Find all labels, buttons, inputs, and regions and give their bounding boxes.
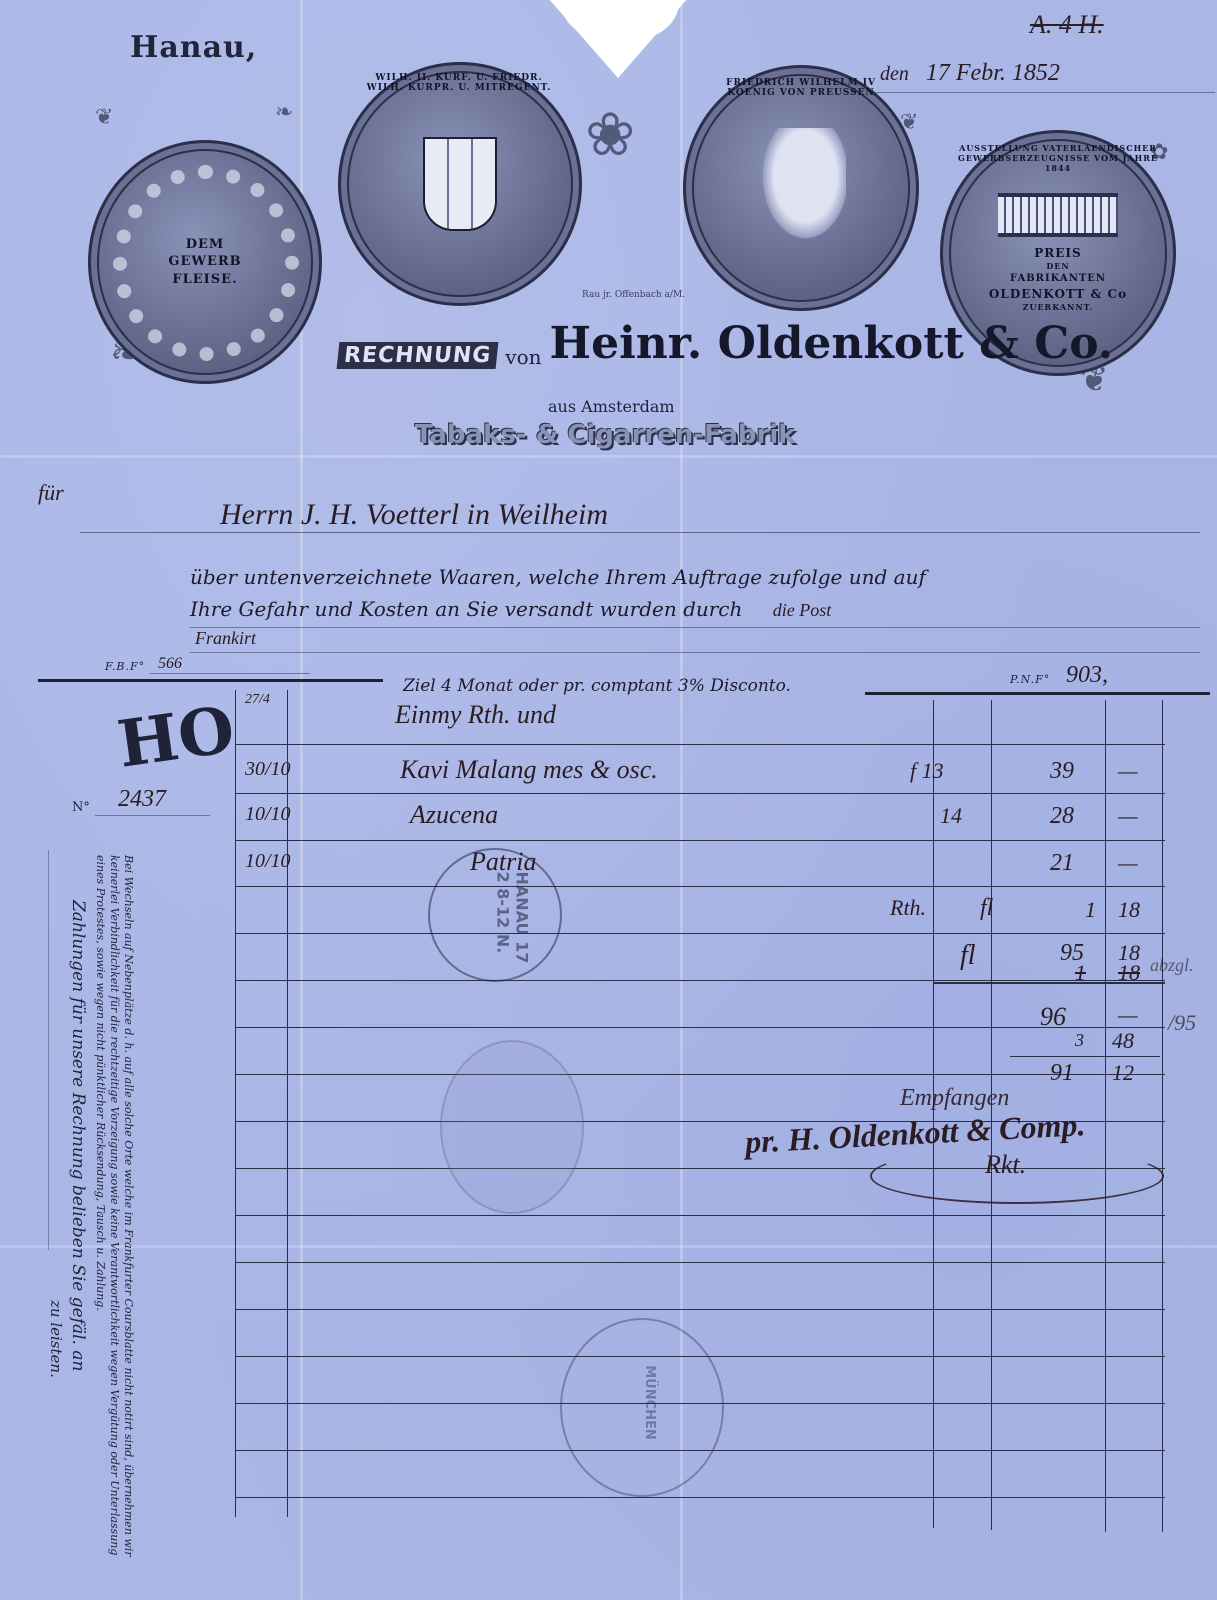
recipient-label: für [38, 480, 64, 506]
item-amount-fl: 1 [1075, 960, 1086, 986]
date-line: den 17 Febr. 1852 [880, 60, 1060, 87]
signature-flourish [870, 1148, 1164, 1204]
preamble-line-2: Ihre Gefahr und Kosten an Sie versandt w… [190, 597, 831, 621]
recipient-value: Herrn J. H. Voetterl in Weilheim [220, 498, 608, 532]
pnf-label: P.N.F° [1010, 673, 1050, 686]
medal-inner-text: PREIS DEN FABRIKANTEN OLDENKOTT & Co ZUE… [989, 245, 1127, 312]
medal-gewerbfleise: DEM GEWERB FLEISE. [88, 140, 322, 384]
margin-note: /95 [1168, 1010, 1196, 1036]
side-note-margin-line [48, 850, 49, 1250]
corner-annotation: A. 4 H. [1030, 10, 1104, 40]
mark-number-label: N° [72, 800, 90, 815]
side-note-payment-end: zu leisten. [47, 1300, 65, 1378]
item-qty: 10/10 [245, 850, 291, 873]
item-amount-fl: 39 [1050, 758, 1074, 785]
medal-ring-text: WILH. II. KURF. U. FRIEDR. WILH. KURPR. … [359, 73, 559, 93]
pnf-value: 903, [1066, 662, 1108, 689]
shipping-method: die Post [773, 600, 832, 620]
side-note-fine-print: Bei Wechseln auf Nebenplätze d. h. auf a… [93, 855, 135, 1575]
item-unit-price: 14 [940, 803, 962, 829]
item-amount-kr: — [1118, 850, 1138, 876]
portrait-profile-icon [756, 128, 846, 248]
fbf-label: F.B.F° [105, 660, 145, 673]
item-qty: 10/10 [245, 803, 291, 826]
faded-seal-icon [440, 1040, 584, 1214]
deduction-note: abzgl. [1150, 955, 1194, 976]
table-column-divider [1105, 700, 1106, 1532]
date-value: 17 Febr. 1852 [926, 60, 1060, 86]
header-rule-right [865, 692, 1210, 695]
invoice-title: RECHNUNG von Heinr. Oldenkott & Co. [338, 318, 1113, 369]
discount-fl: 3 [1075, 1030, 1084, 1051]
scroll-ornament-icon: ❧ [275, 100, 293, 125]
place-name: Hanau, [130, 30, 257, 65]
item-amount-fl: 21 [1050, 850, 1074, 877]
item-amount-kr: 18 [1118, 960, 1140, 986]
floral-ornament-icon: ❦ [95, 105, 113, 130]
medal-kurfuerst: WILH. II. KURF. U. FRIEDR. WILH. KURPR. … [338, 62, 582, 306]
business-type: Tabaks- & Cigarren-Fabrik [415, 420, 796, 450]
item-amount-kr: — [1118, 758, 1138, 784]
medal-ring-text: FRIEDRICH WILHELM IV KOENIG VON PREUSSEN [704, 78, 898, 98]
mark-number-value: 2437 [118, 786, 166, 813]
item-unit-price: f 13 [910, 758, 944, 784]
signature-received: Empfangen [900, 1085, 1009, 1112]
medal-ring-text: AUSSTELLUNG VATERLAENDISCHER GEWERBSERZE… [958, 143, 1158, 173]
firm-origin: aus Amsterdam [548, 397, 675, 416]
paper-fold [0, 455, 1217, 458]
date-underline [870, 92, 1215, 93]
fbf-value: 566 [158, 655, 182, 673]
title-von: von [505, 345, 541, 369]
preamble-line-1: über untenverzeichnete Waaren, welche Ih… [190, 565, 926, 589]
plant-ornament-icon: ❀ [585, 100, 635, 170]
item-price: fl [980, 895, 993, 922]
item-amount-kr: 18 [1118, 897, 1140, 923]
fbf-underline [150, 673, 310, 674]
item-amount-fl: 1 [1085, 897, 1096, 923]
preamble-underline [190, 652, 1200, 653]
total-kr: 12 [1112, 1060, 1134, 1086]
postmark-hanau-icon: HANAU 17 2 8-12 N. [428, 848, 562, 982]
paper-fold [0, 1245, 1217, 1248]
total-fl: 91 [1050, 1060, 1074, 1087]
firm-name: Heinr. Oldenkott & Co. [550, 318, 1114, 369]
item-description: Kavi Malang mes & osc. [400, 755, 658, 785]
postmark-muenchen-icon: MÜNCHEN [560, 1318, 724, 1497]
item-amount-fl: 28 [1050, 803, 1074, 830]
subtotal-fl: 96 [1040, 1002, 1066, 1032]
table-column-divider [1162, 700, 1163, 1532]
mark-underline [95, 815, 210, 816]
item-unit: Rth. [890, 895, 926, 921]
medal-friedrich-wilhelm: FRIEDRICH WILHELM IV KOENIG VON PREUSSEN [683, 65, 919, 311]
total-rule [1010, 1056, 1160, 1057]
building-icon [998, 193, 1118, 237]
item-price: fl [960, 940, 976, 972]
item-description: Einmy Rth. und [395, 700, 556, 730]
freight-note: Frankirt [195, 628, 256, 649]
item-amount-kr: — [1118, 803, 1138, 829]
item-qty: 30/10 [245, 758, 291, 781]
coat-of-arms-icon [423, 137, 497, 231]
title-rechnung: RECHNUNG [337, 342, 499, 369]
torn-notch-point [548, 0, 688, 78]
header-rule-left [38, 679, 383, 682]
payment-terms: Ziel 4 Monat oder pr. comptant 3% Discon… [403, 676, 791, 696]
engraver-credit: Rau jr. Offenbach a/M. [582, 290, 685, 300]
invoice-document: Hanau, A. 4 H. den 17 Febr. 1852 ❦ ❧ ❦ ✿… [0, 0, 1217, 1600]
discount-kr: 48 [1112, 1028, 1134, 1054]
side-note-payment: Zahlungen für unsere Rechnung belieben S… [68, 900, 88, 1371]
subtotal-kr: — [1118, 1002, 1138, 1028]
item-description: Azucena [410, 800, 498, 830]
recipient-underline [80, 532, 1200, 533]
oak-wreath-icon [113, 165, 299, 361]
table-column-divider [235, 690, 236, 1517]
date-column-header: 27/4 [245, 692, 270, 708]
preamble-underline [190, 627, 1200, 628]
monogram-mark-icon: HO [113, 692, 239, 782]
